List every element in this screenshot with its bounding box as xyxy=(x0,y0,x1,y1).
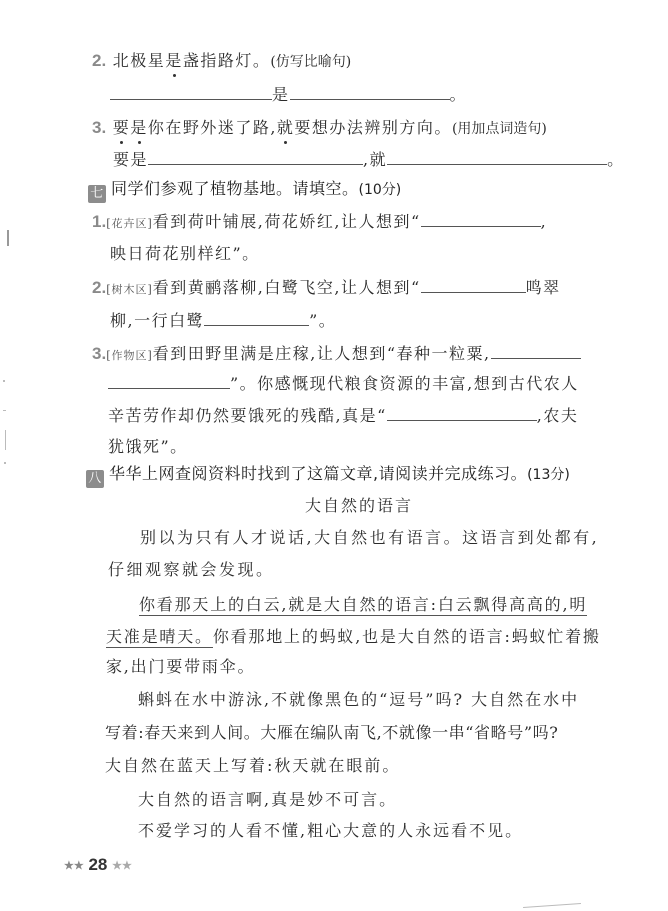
paragraph-5: 不爱学习的人看不懂,粗心大意的人永远看不见。 xyxy=(138,820,523,842)
item-text: 犹饿死”。 xyxy=(108,437,188,456)
q2-text-suffix: 盏指路灯。 xyxy=(183,51,271,70)
s7-item-3: 3.[作物区]看到田野里满是庄稼,让人想到“春种一粒粟, xyxy=(92,342,581,367)
item-text: 看到荷叶铺展,荷花娇红,让人想到“ xyxy=(153,212,421,231)
item-text: 鸣翠 xyxy=(526,278,561,297)
q2-hint: (仿写比喻句) xyxy=(270,54,351,70)
area-tag: [树木区] xyxy=(106,283,153,296)
scan-artifact xyxy=(4,462,6,464)
area-tag: [作物区] xyxy=(106,349,153,362)
item-text: 看到黄鹂落柳,白鹭飞空,让人想到“ xyxy=(153,278,421,297)
paragraph-text: 你看那地上的蚂蚁,也是大自然的语言:蚂蚁忙着搬 xyxy=(213,627,601,646)
answer-blank[interactable] xyxy=(491,342,581,359)
paragraph-4: 大自然的语言啊,真是妙不可言。 xyxy=(138,789,397,811)
area-tag: [花卉区] xyxy=(106,217,153,230)
answer-blank[interactable] xyxy=(110,83,272,100)
scan-artifact xyxy=(523,903,581,908)
question-3: 3. 要是你在野外迷了路,就要想办法辨别方向。(用加点词造句) xyxy=(92,117,547,140)
paragraph-3-line-3: 大自然在蓝天上写着:秋天就在眼前。 xyxy=(105,755,400,777)
s7-item-1: 1.[花卉区]看到荷叶铺展,荷花娇红,让人想到“, xyxy=(92,210,547,235)
q3-fill-start: 要是 xyxy=(113,150,148,169)
answer-blank[interactable] xyxy=(421,210,541,227)
q3-text-1: 你在野外迷了路, xyxy=(148,118,277,137)
item-text: 柳,一行白鹭 xyxy=(110,311,204,330)
s7-item-3-cont2: 辛苦劳作却仍然要饿死的残酷,真是“,农夫 xyxy=(108,404,578,427)
page-number: 28 xyxy=(88,855,107,874)
s7-item-1-cont: 映日荷花别样红”。 xyxy=(110,243,260,265)
question-2: 2. 北极星是盏指路灯。(仿写比喻句) xyxy=(92,50,351,73)
section-7-heading: 七同学们参观了植物基地。请填空。(10分) xyxy=(88,178,401,203)
star-icon: ★★ xyxy=(112,860,132,872)
section-title: 华华上网查阅资料时找到了这篇文章,请阅读并完成练习。 xyxy=(109,464,527,483)
answer-blank[interactable] xyxy=(387,148,607,165)
item-text: 辛苦劳作却仍然要饿死的残酷,真是“ xyxy=(108,406,387,425)
s7-item-3-cont1: ”。你感慨现代粮食资源的丰富,想到古代农人 xyxy=(108,372,579,395)
scan-artifact xyxy=(7,230,9,246)
q3-text-2: 要想办法辨别方向。 xyxy=(294,118,452,137)
underlined-sentence: 天准是晴天。 xyxy=(106,627,213,648)
section-title: 同学们参观了植物基地。请填空。 xyxy=(111,179,359,198)
scan-artifact xyxy=(3,380,5,382)
section-badge: 八 xyxy=(86,470,104,488)
paragraph-1-line-1: 别以为只有人才说话,大自然也有语言。这语言到处都有, xyxy=(140,527,599,549)
item-text: ,农夫 xyxy=(537,406,579,425)
paragraph-3-line-1: 蝌蚪在水中游泳,不就像黑色的“逗号”吗? 大自然在水中 xyxy=(138,689,579,711)
paragraph-2-line-3: 家,出门要带雨伞。 xyxy=(106,656,255,678)
article-title: 大自然的语言 xyxy=(305,495,413,517)
q3-fill-middle: ,就 xyxy=(363,150,387,169)
answer-blank[interactable] xyxy=(204,309,309,326)
dotted-char: 就 xyxy=(277,117,295,139)
answer-blank[interactable] xyxy=(290,83,450,100)
q2-fill-end: 。 xyxy=(450,85,468,104)
q2-fill-middle: 是 xyxy=(272,85,290,104)
q3-fill-end: 。 xyxy=(607,150,625,169)
paragraph-3-line-2: 写着:春天来到人间。大雁在编队南飞,不就像一串“省略号”吗? xyxy=(105,722,558,744)
section-score: (10分) xyxy=(359,182,402,198)
item-text: ”。你感慨现代粮食资源的丰富,想到古代农人 xyxy=(230,374,579,393)
dotted-char: 是 xyxy=(165,50,183,72)
question-number: 3. xyxy=(92,118,106,137)
page-footer: ★★ 28 ★★ xyxy=(64,855,132,875)
paragraph-1-line-2: 仔细观察就会发现。 xyxy=(108,559,275,581)
star-icon: ★★ xyxy=(64,860,84,872)
section-badge: 七 xyxy=(88,185,106,203)
question-number: 2. xyxy=(92,278,106,297)
question-number: 3. xyxy=(92,344,106,363)
answer-blank[interactable] xyxy=(421,276,526,293)
answer-blank[interactable] xyxy=(387,404,537,421)
q3-hint: (用加点词造句) xyxy=(452,121,547,137)
dotted-char: 是 xyxy=(130,117,148,139)
section-8-heading: 八华华上网查阅资料时找到了这篇文章,请阅读并完成练习。(13分) xyxy=(86,463,570,488)
s7-item-2: 2.[树木区]看到黄鹂落柳,白鹭飞空,让人想到“鸣翠 xyxy=(92,276,561,301)
scan-artifact xyxy=(5,430,6,450)
dotted-char: 要 xyxy=(113,117,131,139)
q2-answer-line: 是。 xyxy=(110,83,467,106)
paragraph-2-line-1: 你看那天上的白云,就是大自然的语言:白云飘得高高的,明 xyxy=(139,594,587,616)
worksheet-page: 2. 北极星是盏指路灯。(仿写比喻句) 是。 3. 要是你在野外迷了路,就要想办… xyxy=(0,0,668,911)
q2-text-prefix: 北极星 xyxy=(113,51,166,70)
question-number: 1. xyxy=(92,212,106,231)
item-text: ”。 xyxy=(309,311,336,330)
s7-item-2-cont: 柳,一行白鹭”。 xyxy=(110,309,336,332)
scan-artifact xyxy=(3,410,6,411)
item-text: , xyxy=(541,212,548,231)
s7-item-3-cont3: 犹饿死”。 xyxy=(108,436,188,458)
paragraph-2-line-2: 天准是晴天。你看那地上的蚂蚁,也是大自然的语言:蚂蚁忙着搬 xyxy=(106,626,601,648)
item-text: 映日荷花别样红”。 xyxy=(110,244,260,263)
question-number: 2. xyxy=(92,51,106,70)
underlined-sentence: 你看那天上的白云,就是大自然的语言:白云飘得高高的,明 xyxy=(139,595,587,616)
q3-answer-line: 要是,就。 xyxy=(113,148,625,171)
answer-blank[interactable] xyxy=(148,148,363,165)
section-score: (13分) xyxy=(527,467,570,483)
item-text: 看到田野里满是庄稼,让人想到“春种一粒粟, xyxy=(153,344,491,363)
answer-blank[interactable] xyxy=(108,372,230,389)
